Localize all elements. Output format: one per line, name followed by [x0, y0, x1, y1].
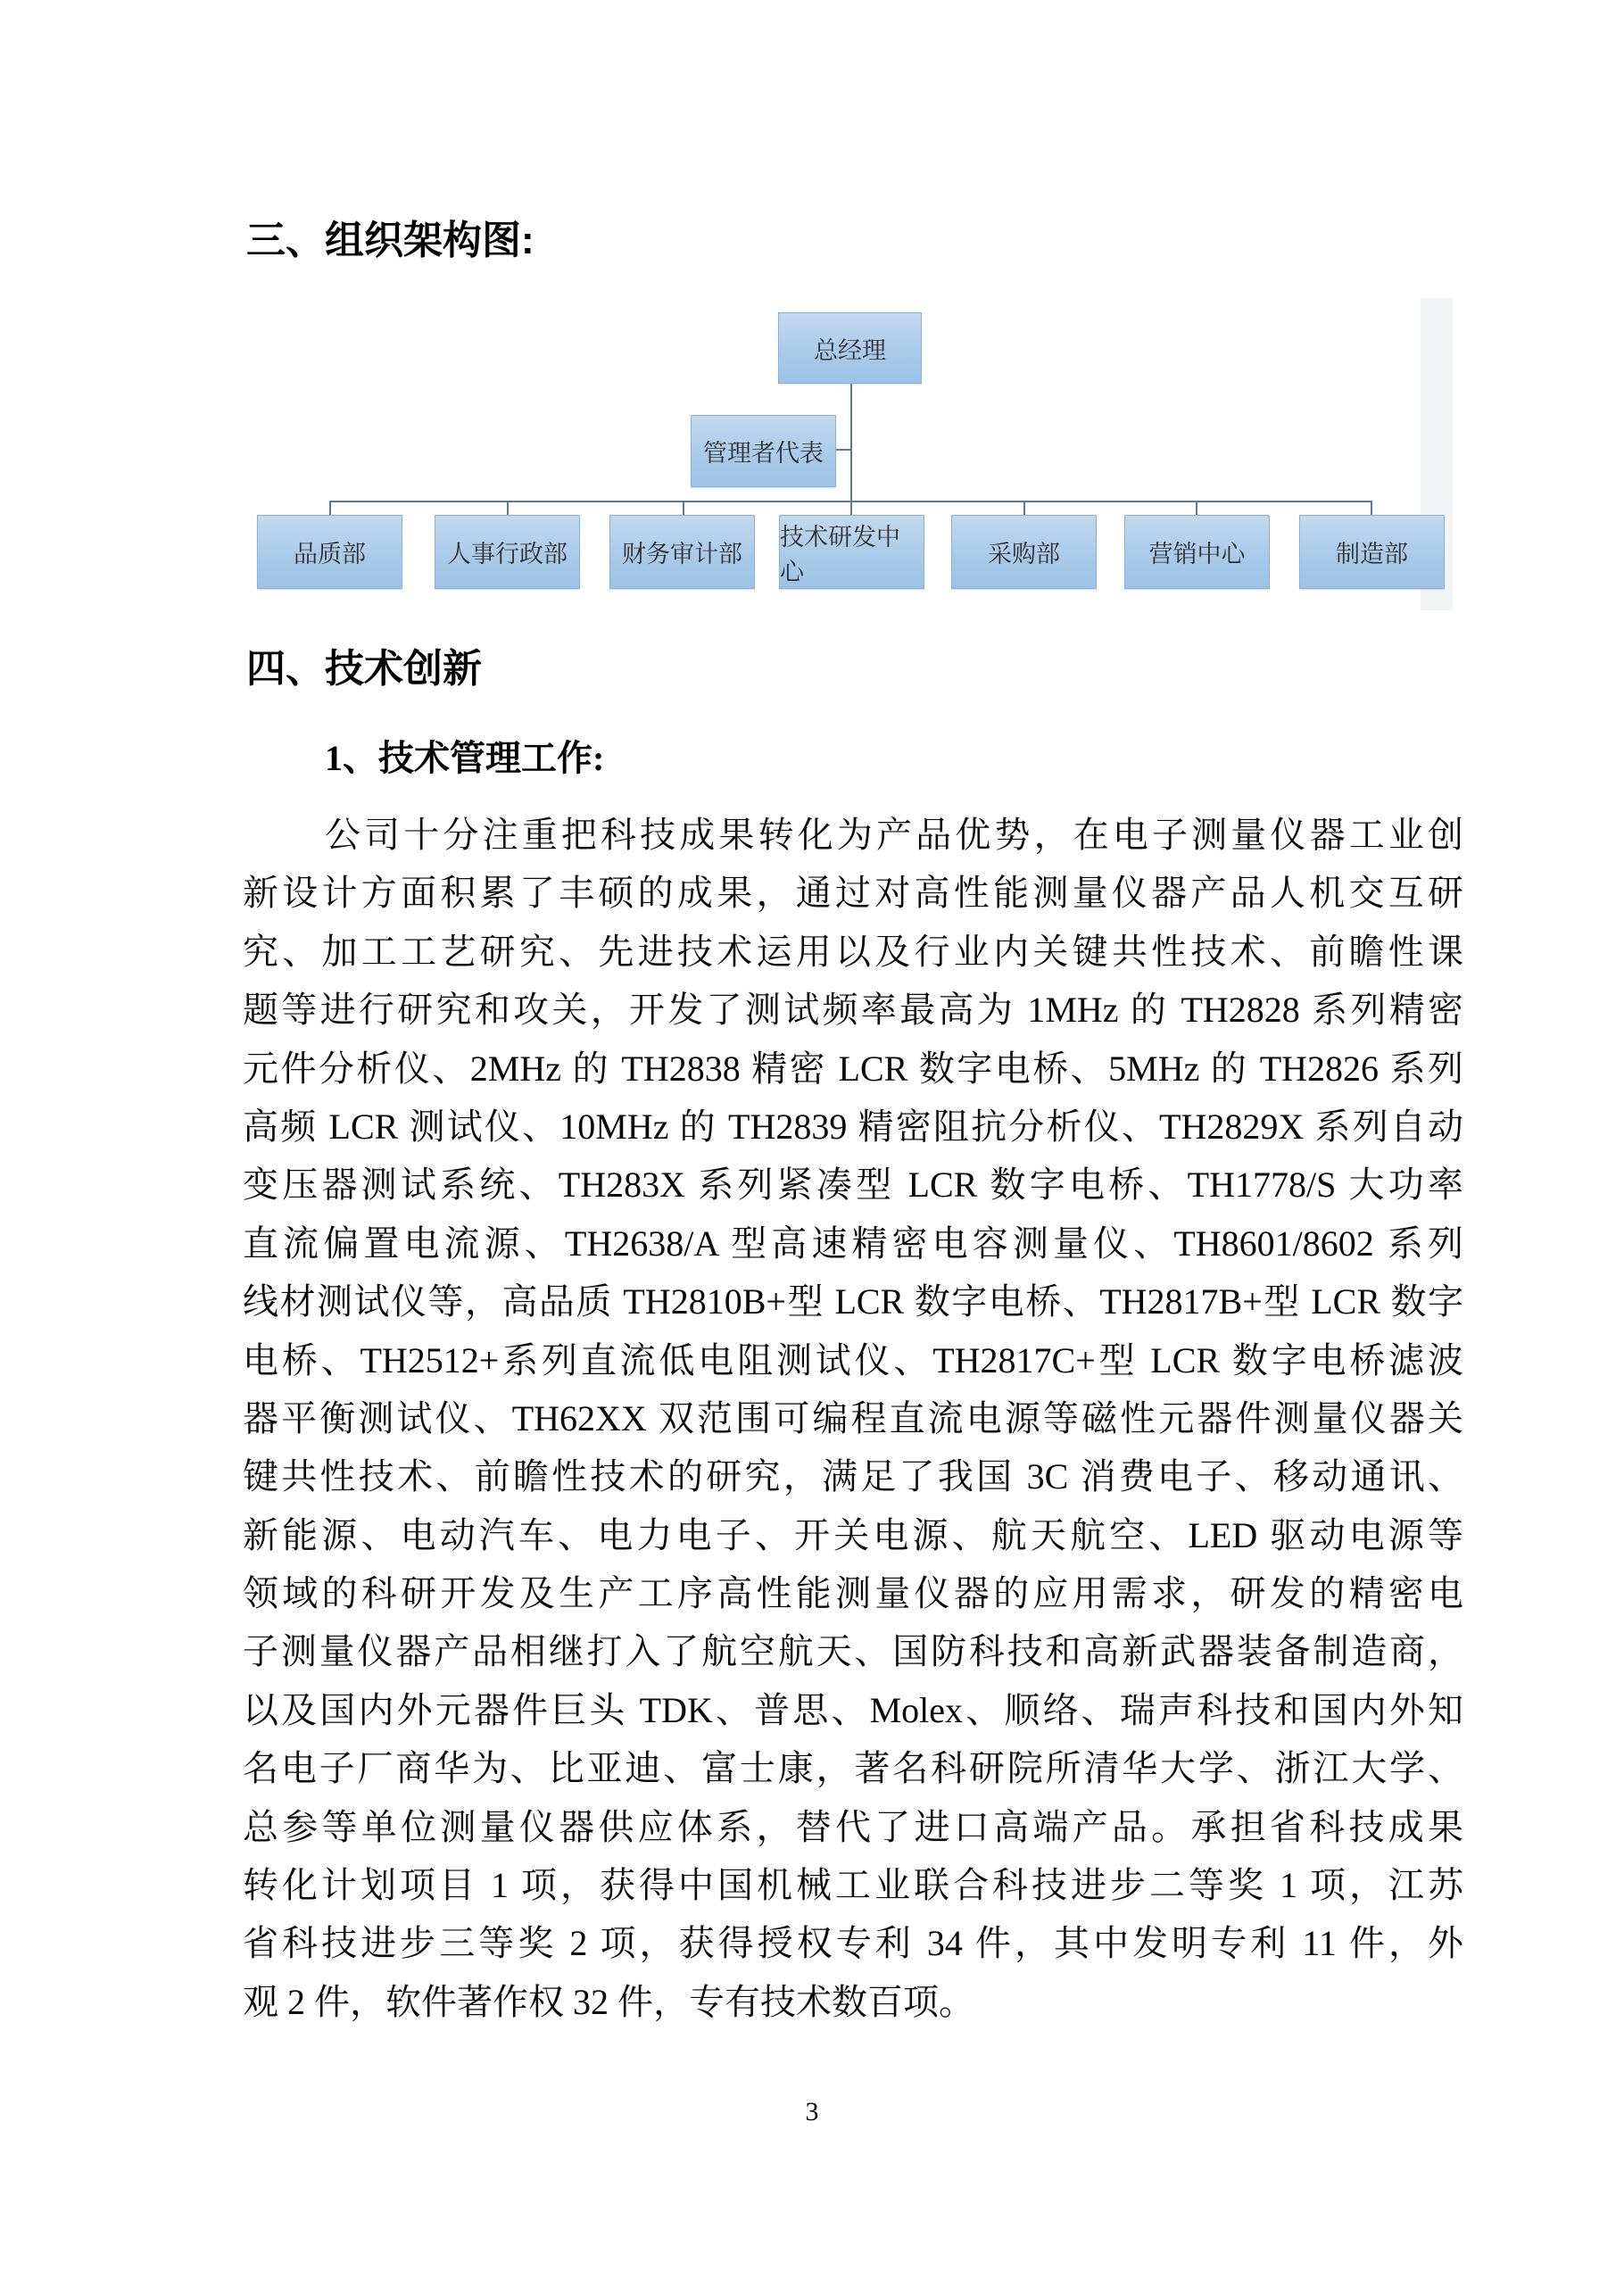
paragraph-line: 高频 LCR 测试仪、10MHz 的 TH2839 精密阻抗分析仪、TH2829… — [243, 1098, 1463, 1156]
paragraph-line: 元件分析仪、2MHz 的 TH2838 精密 LCR 数字电桥、5MHz 的 T… — [243, 1040, 1463, 1098]
paragraph-line: 究、加工工艺研究、先进技术运用以及行业内关键共性技术、前瞻性课 — [243, 923, 1463, 981]
paragraph-line: 键共性技术、前瞻性技术的研究，满足了我国 3C 消费电子、移动通讯、 — [243, 1447, 1463, 1505]
org-node-management-representative: 管理者代表 — [691, 415, 836, 487]
page-number: 3 — [0, 2097, 1624, 2127]
connector-drop — [683, 501, 684, 515]
connector-bus — [329, 501, 1372, 502]
section4-heading: 四、技术创新 — [246, 648, 482, 691]
org-chart: 总经理 管理者代表 品质部 人事行政部 财务审计部 技术研发中心 采购部 营销中… — [0, 0, 1624, 642]
paragraph-line: 领域的科研开发及生产工序高性能测量仪器的应用需求，研发的精密电 — [243, 1564, 1463, 1622]
connector-drop — [329, 501, 331, 515]
connector-rep-link — [836, 449, 851, 451]
connector-drop — [1371, 501, 1372, 515]
org-node-purchasing-dept: 采购部 — [951, 515, 1097, 589]
org-node-manufacturing-dept: 制造部 — [1299, 515, 1445, 589]
section4-subheading: 1、技术管理工作: — [325, 739, 604, 778]
paragraph-line: 公司十分注重把科技成果转化为产品优势，在电子测量仪器工业创 — [243, 806, 1463, 864]
paragraph-line: 新设计方面积累了丰硕的成果，通过对高性能测量仪器产品人机交互研 — [243, 864, 1463, 922]
paragraph-line: 变压器测试系统、TH283X 系列紧凑型 LCR 数字电桥、TH1778/S 大… — [243, 1156, 1463, 1214]
paragraph-line: 转化计划项目 1 项，获得中国机械工业联合科技进步二等奖 1 项，江苏 — [243, 1856, 1463, 1914]
paragraph-line: 子测量仪器产品相继打入了航空航天、国防科技和高新武器装备制造商， — [243, 1622, 1463, 1680]
paragraph-line: 新能源、电动汽车、电力电子、开关电源、航天航空、LED 驱动电源等 — [243, 1506, 1463, 1564]
paragraph-line: 直流偏置电流源、TH2638/A 型高速精密电容测量仪、TH8601/8602 … — [243, 1214, 1463, 1272]
body-paragraph: 公司十分注重把科技成果转化为产品优势，在电子测量仪器工业创新设计方面积累了丰硕的… — [243, 806, 1463, 2031]
org-node-rd-center: 技术研发中心 — [779, 515, 924, 589]
org-node-marketing-center: 营销中心 — [1124, 515, 1270, 589]
paragraph-line: 器平衡测试仪、TH62XX 双范围可编程直流电源等磁性元器件测量仪器关 — [243, 1389, 1463, 1447]
paragraph-line: 以及国内外元器件巨头 TDK、普思、Molex、顺络、瑞声科技和国内外知 — [243, 1681, 1463, 1739]
org-node-quality-dept: 品质部 — [257, 515, 402, 589]
document-page: 三、组织架构图: 总经理 管理者代表 品质部 人事行政部 财务审计部 技术研发中… — [0, 0, 1624, 2296]
paragraph-line: 电桥、TH2512+系列直流低电阻测试仪、TH2817C+型 LCR 数字电桥滤… — [243, 1331, 1463, 1389]
connector-drop — [1196, 501, 1197, 515]
org-node-general-manager: 总经理 — [778, 312, 922, 384]
paragraph-line: 题等进行研究和攻关，开发了测试频率最高为 1MHz 的 TH2828 系列精密 — [243, 981, 1463, 1039]
connector-drop — [1023, 501, 1025, 515]
paragraph-line: 总参等单位测量仪器供应体系，替代了进口高端产品。承担省科技成果 — [243, 1798, 1463, 1856]
org-node-hr-admin-dept: 人事行政部 — [435, 515, 580, 589]
org-node-finance-audit-dept: 财务审计部 — [609, 515, 755, 589]
paragraph-line: 观 2 件，软件著作权 32 件，专有技术数百项。 — [243, 1973, 1463, 2031]
paragraph-line: 省科技进步三等奖 2 项，获得授权专利 34 件，其中发明专利 11 件，外 — [243, 1914, 1463, 1972]
paragraph-line: 名电子厂商华为、比亚迪、富士康，著名科研院所清华大学、浙江大学、 — [243, 1739, 1463, 1797]
paragraph-line: 线材测试仪等，高品质 TH2810B+型 LCR 数字电桥、TH2817B+型 … — [243, 1272, 1463, 1330]
connector-drop — [507, 501, 509, 515]
